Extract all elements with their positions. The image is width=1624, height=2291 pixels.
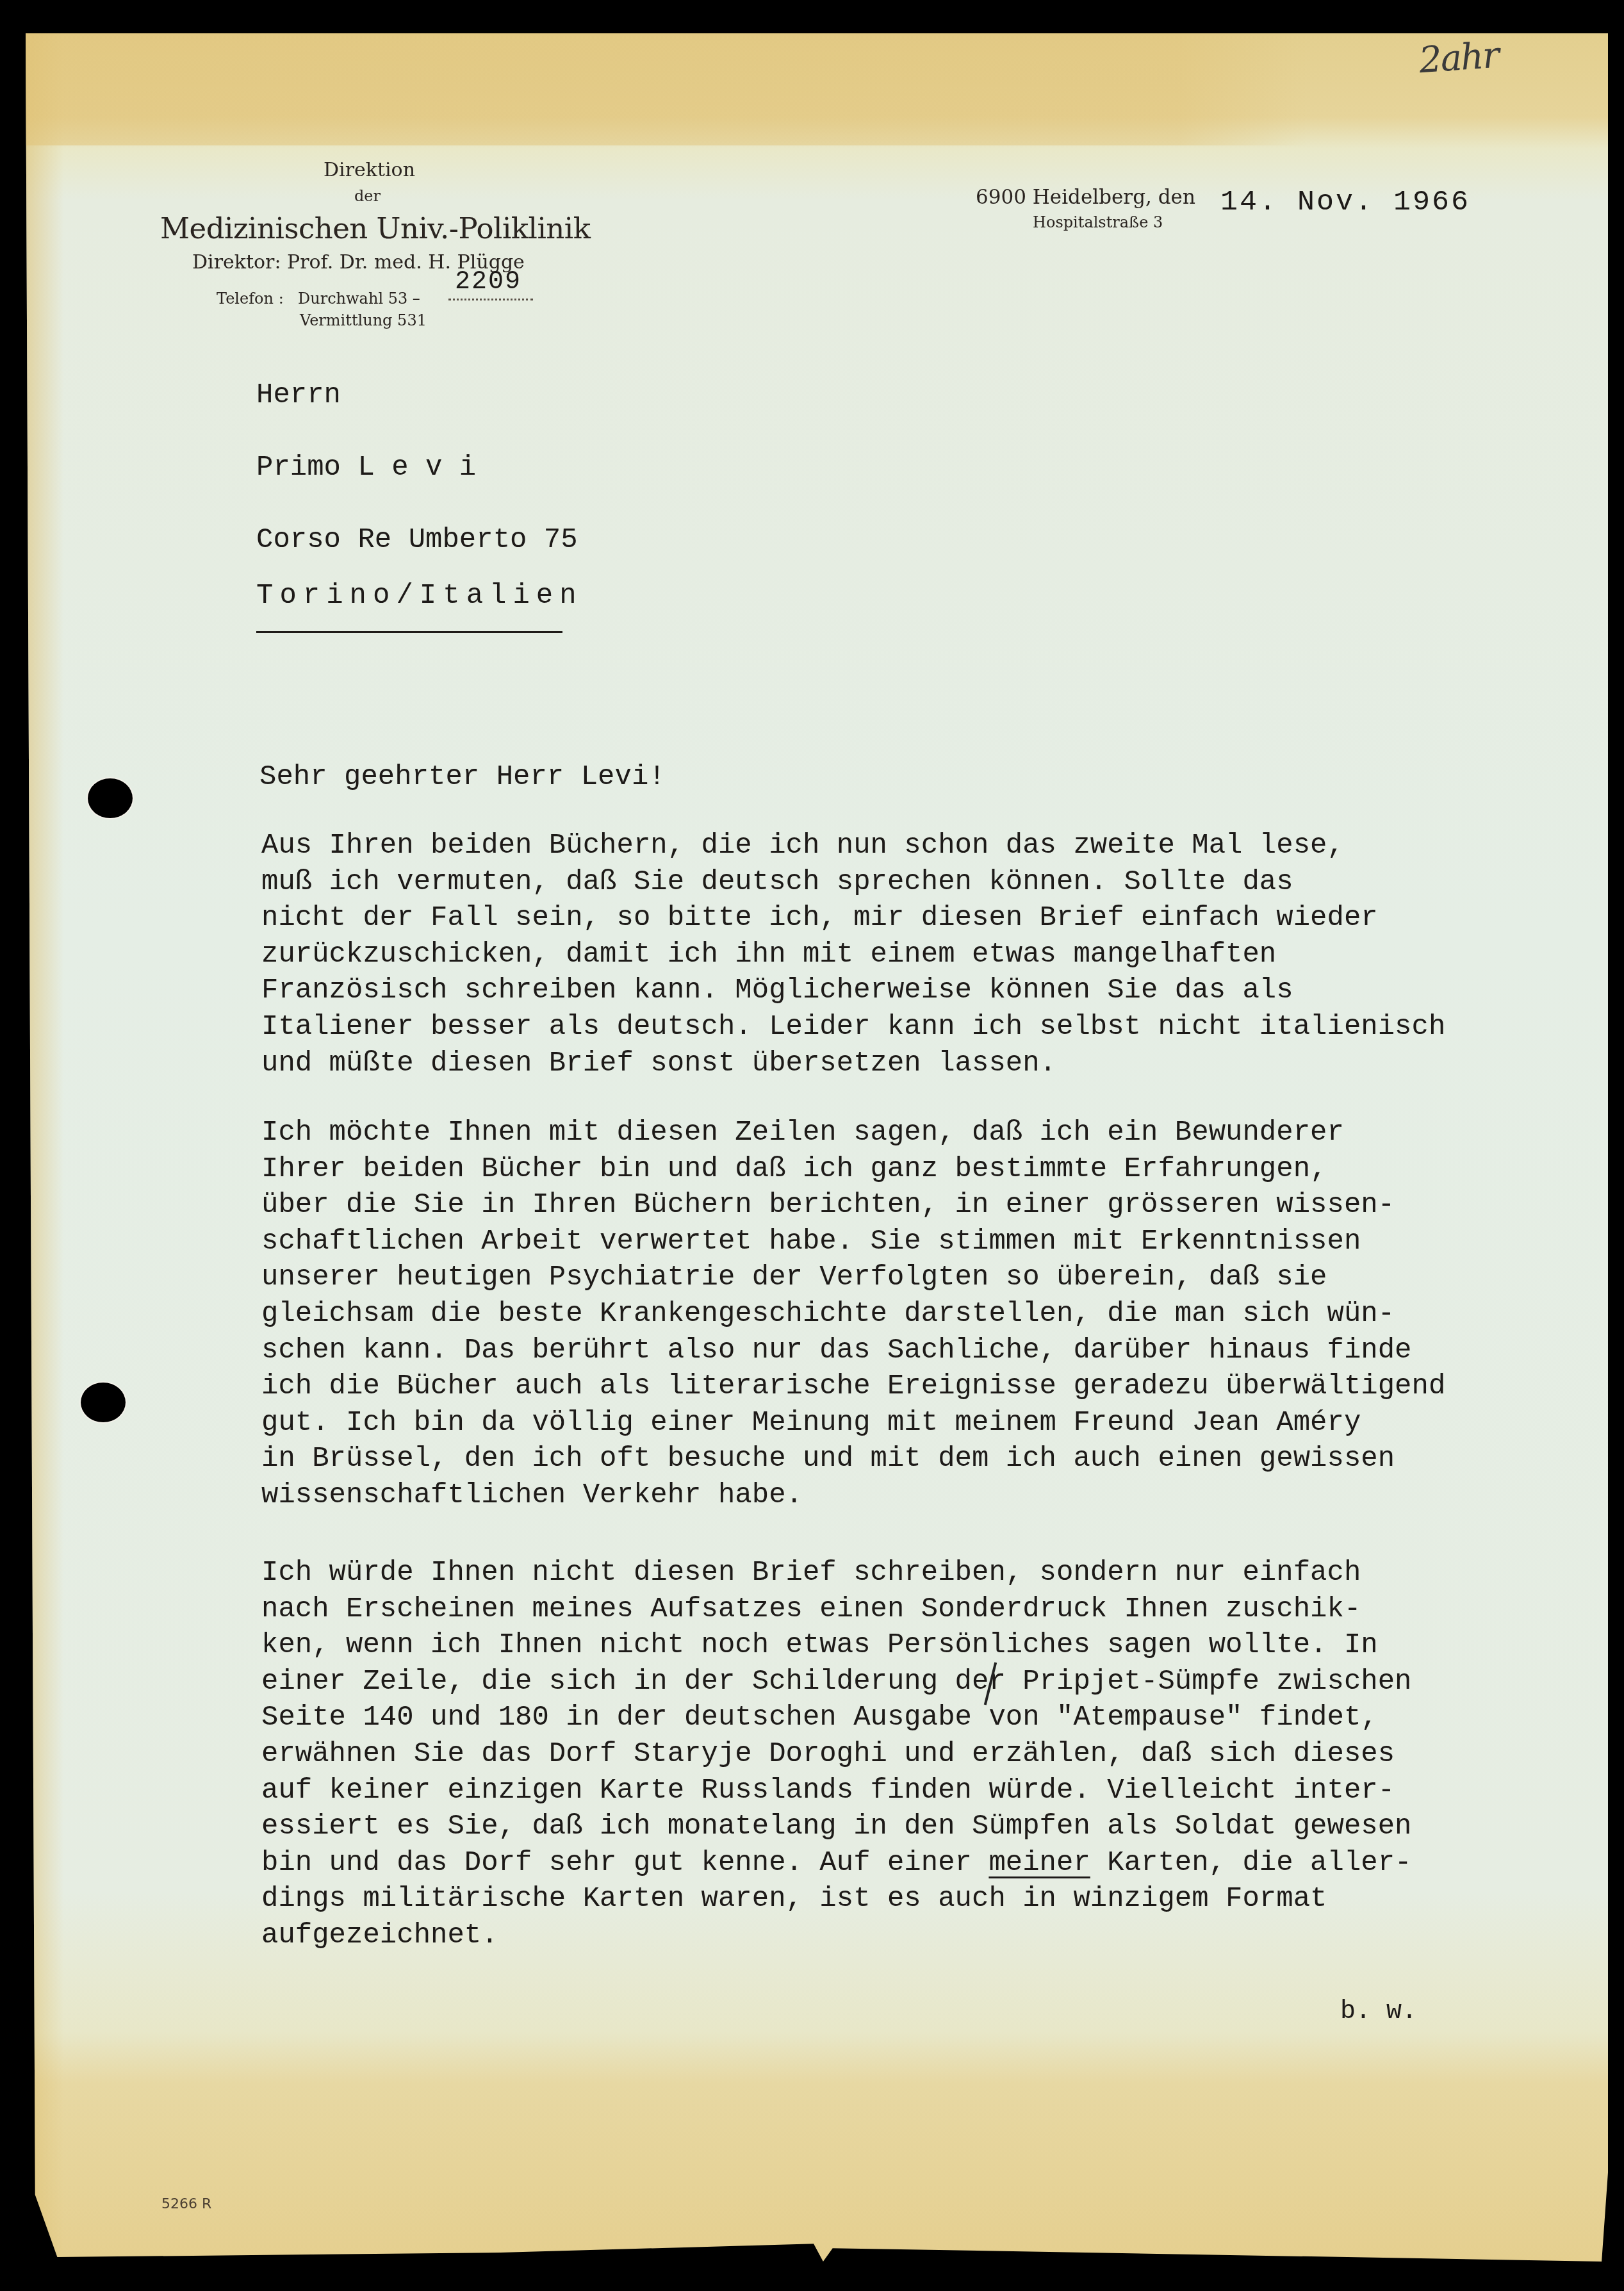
letterhead-institution: Medizinischen Univ.-Poliklinik [160, 211, 591, 245]
text-line: erwähnen Sie das Dorf Staryje Doroghi un… [261, 1736, 1412, 1773]
text-line: Ich würde Ihnen nicht diesen Brief schre… [261, 1555, 1412, 1591]
text-line: nach Erscheinen meines Aufsatzes einen S… [261, 1591, 1412, 1628]
form-code: 5266 R [161, 2196, 211, 2212]
text-line: ich die Bücher auch als literarische Ere… [261, 1368, 1445, 1405]
letterhead-phone-direct: Durchwahl 53 – [298, 290, 420, 308]
text-line: unserer heutigen Psychiatrie der Verfolg… [261, 1260, 1445, 1296]
text-line: einer Zeile, die sich in der Schilderung… [261, 1664, 1412, 1700]
text-line: ken, wenn ich Ihnen nicht noch etwas Per… [261, 1627, 1412, 1664]
text-line: bin und das Dorf sehr gut kenne. Auf ein… [261, 1845, 1412, 1882]
text-line: Italiener besser als deutsch. Leider kan… [261, 1009, 1445, 1046]
text-line: Aus Ihren beiden Büchern, die ich nun sc… [261, 828, 1445, 864]
letterhead-street: Hospitalstraße 3 [1033, 213, 1163, 231]
letterhead-der: der [354, 187, 381, 205]
text-line: schen kann. Das berührt also nur das Sac… [261, 1333, 1445, 1369]
salutation: Sehr geehrter Herr Levi! [259, 761, 666, 793]
letterhead-dotted-line [448, 299, 533, 300]
letterhead-switchboard: Vermittlung 531 [300, 311, 427, 329]
text-line: in Brüssel, den ich oft besuche und mit … [261, 1441, 1445, 1477]
recipient-title: Herrn [256, 379, 341, 411]
text-line: muß ich vermuten, daß Sie deutsch sprech… [261, 864, 1445, 901]
text-line: Ich möchte Ihnen mit diesen Zeilen sagen… [261, 1115, 1445, 1151]
punch-hole [88, 778, 133, 818]
text-line: gut. Ich bin da völlig einer Meinung mit… [261, 1405, 1445, 1441]
recipient-city: Torino/Italien [256, 580, 583, 612]
letterhead-phone-label: Telefon : [217, 290, 284, 308]
letter-date: 14. Nov. 1966 [1220, 186, 1470, 218]
text-line: dings militärische Karten waren, ist es … [261, 1881, 1412, 1917]
continuation-mark: b. w. [1340, 1998, 1417, 2026]
text-line: Französisch schreiben kann. Möglicherwei… [261, 973, 1445, 1009]
text-line: aufgezeichnet. [261, 1917, 1412, 1954]
punch-hole [81, 1383, 126, 1422]
text-line: essiert es Sie, daß ich monatelang in de… [261, 1809, 1412, 1845]
text-line: und müßte diesen Brief sonst übersetzen … [261, 1046, 1445, 1082]
letterhead-phone-extension: 2209 [455, 268, 521, 297]
paragraph-1: Aus Ihren beiden Büchern, die ich nun sc… [261, 828, 1445, 1081]
handwritten-annotation: 2ahr [1418, 35, 1500, 81]
letterhead-direktion: Direktion [324, 159, 415, 181]
address-underline [256, 631, 562, 633]
text-line: gleichsam die beste Krankengeschichte da… [261, 1296, 1445, 1333]
text-line: auf keiner einzigen Karte Russlands find… [261, 1773, 1412, 1809]
text-line: schaftlichen Arbeit verwertet habe. Sie … [261, 1224, 1445, 1260]
paragraph-3: Ich würde Ihnen nicht diesen Brief schre… [261, 1555, 1412, 1954]
underlined-word: meiner [988, 1847, 1090, 1879]
text-line: zurückzuschicken, damit ich ihn mit eine… [261, 937, 1445, 973]
text-line: über die Sie in Ihren Büchern berichten,… [261, 1187, 1445, 1224]
letterhead-city: 6900 Heidelberg, den [976, 186, 1195, 209]
text-line: nicht der Fall sein, so bitte ich, mir d… [261, 900, 1445, 937]
text-line: Seite 140 und 180 in der deutschen Ausga… [261, 1700, 1412, 1736]
paragraph-2: Ich möchte Ihnen mit diesen Zeilen sagen… [261, 1115, 1445, 1514]
text-line: wissenschaftlichen Verkehr habe. [261, 1477, 1445, 1514]
recipient-street: Corso Re Umberto 75 [256, 524, 578, 556]
recipient-name: Primo L e v i [256, 452, 476, 484]
text-line: Ihrer beiden Bücher bin und daß ich ganz… [261, 1151, 1445, 1188]
